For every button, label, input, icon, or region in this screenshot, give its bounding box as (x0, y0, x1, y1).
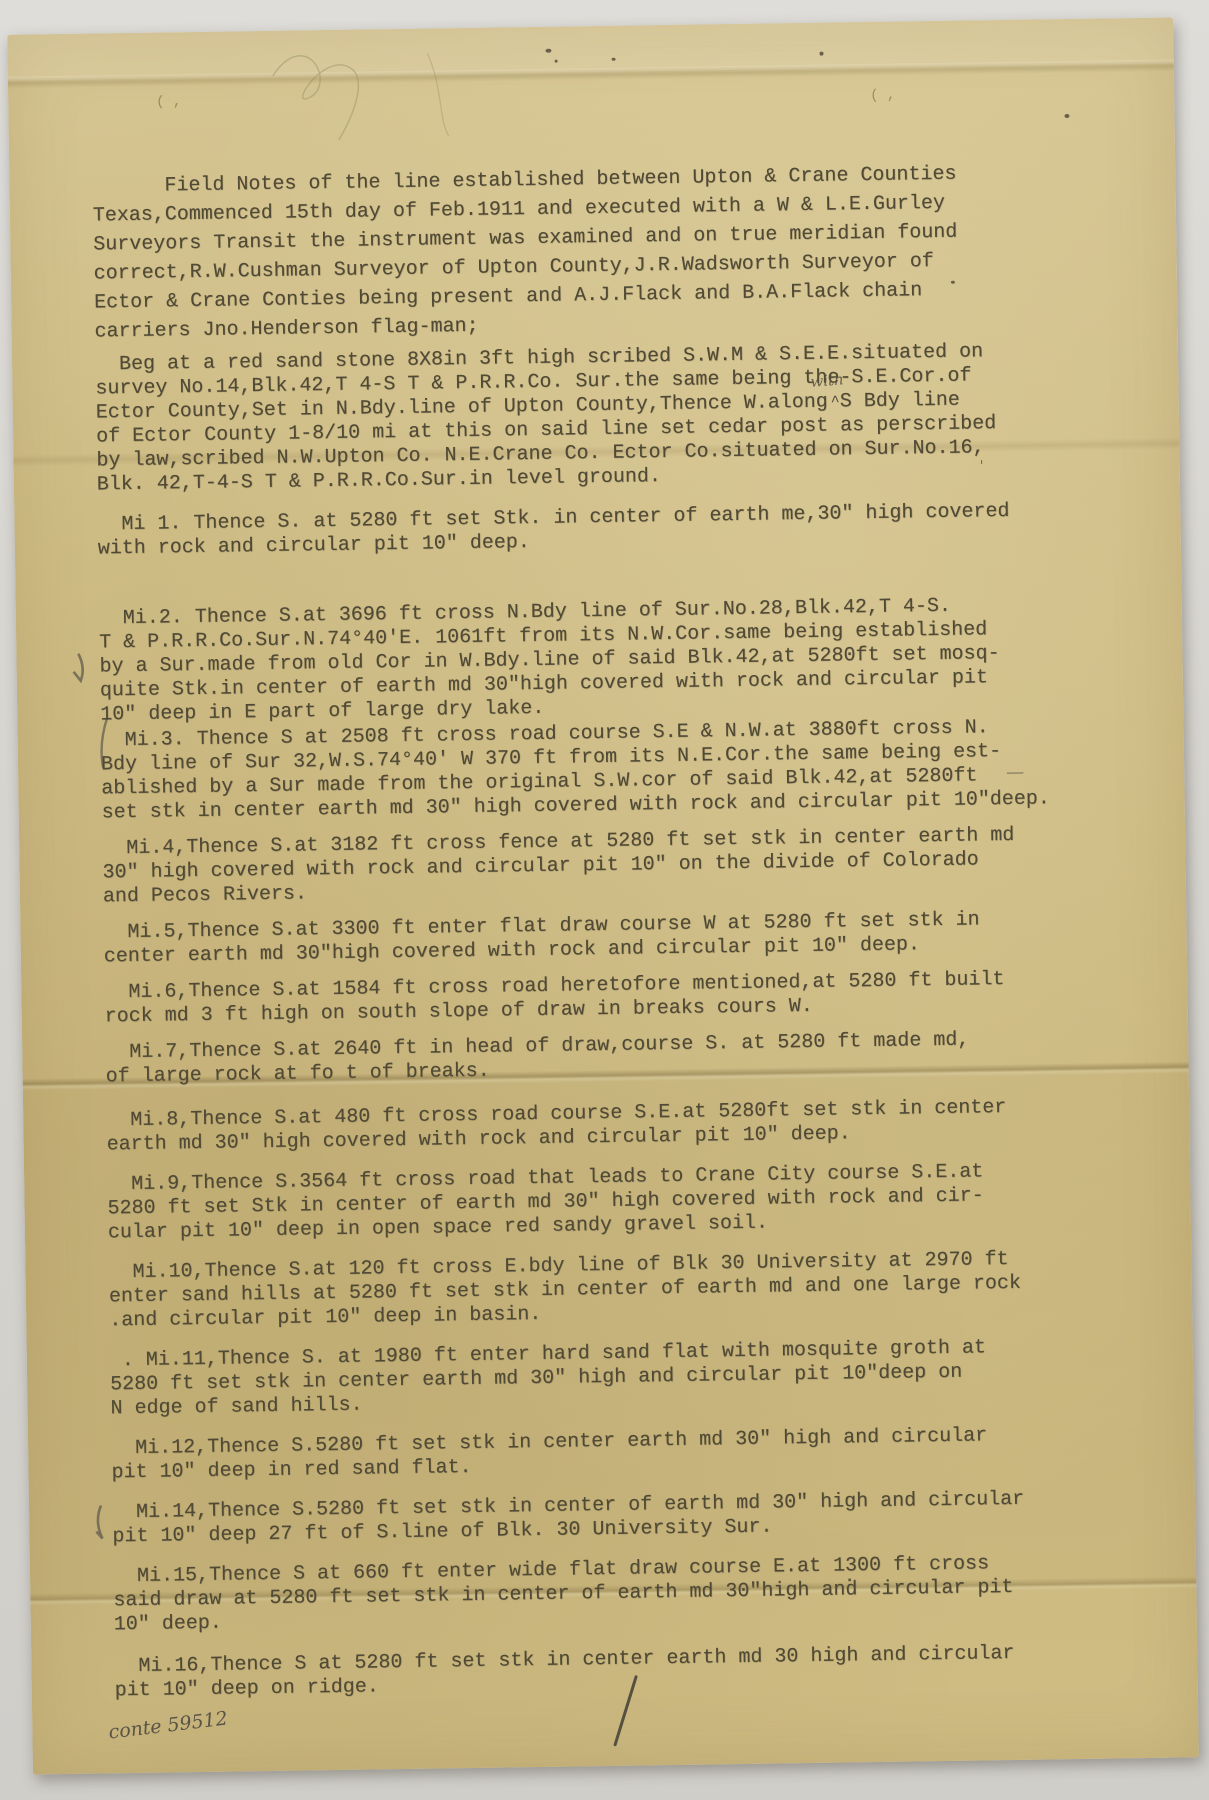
scan-background: ( , ( , Field Notes of the line establis… (0, 0, 1209, 1800)
paper-speck (819, 52, 823, 56)
intro-paragraph: Field Notes of the line established betw… (92, 160, 959, 347)
mile-note-9: Mi.9,Thence S.3564 ft cross road that le… (107, 1160, 984, 1245)
beginning-description: Beg at a red sand stone 8X8in 3ft high s… (95, 340, 997, 497)
mile-note-15: Mi.15,Thence S at 660 ft enter wide flat… (113, 1552, 1014, 1637)
paper-speck (612, 58, 616, 61)
handwritten-archive-number: conte 59512 (107, 1707, 228, 1743)
mile-note-10: Mi.10,Thence S.at 120 ft cross E.bdy lin… (108, 1248, 1021, 1334)
scanned-field-notes-page: ( , ( , Field Notes of the line establis… (7, 17, 1199, 1774)
margin-pencil-mark-1 (73, 654, 82, 681)
mile-note-6: Mi.6,Thence S.at 1584 ft cross road here… (104, 968, 1005, 1029)
mile-note-1: Mi 1. Thence S. at 5280 ft set Stk. in c… (97, 500, 1010, 562)
mile-note-4: Mi.4,Thence S.at 3182 ft cross fence at … (102, 824, 1015, 910)
paper-speck (1064, 114, 1069, 118)
mile-note-2: Mi.2. Thence S.at 3696 ft cross N.Bdy li… (99, 594, 1001, 727)
mile-note-3: Mi.3. Thence S at 2508 ft cross road cou… (100, 715, 1049, 825)
handwritten-insertion: with (810, 370, 845, 391)
faint-mark: ( , (870, 88, 895, 104)
faint-mark: ( , (156, 94, 181, 110)
mile-note-11: . Mi.11,Thence S. at 1980 ft enter hard … (110, 1336, 987, 1421)
margin-dash-mark: — (1006, 762, 1022, 783)
mile-note-16: Mi.16,Thence S at 5280 ft set stk in cen… (114, 1642, 1015, 1703)
paper-speck (555, 60, 558, 63)
stray-apostrophe: ' (980, 458, 984, 474)
mile-note-5: Mi.5,Thence S.at 3300 ft enter flat draw… (103, 908, 980, 969)
insertion-caret-mark: ^ (831, 393, 840, 410)
top-fold-band (7, 17, 1174, 80)
